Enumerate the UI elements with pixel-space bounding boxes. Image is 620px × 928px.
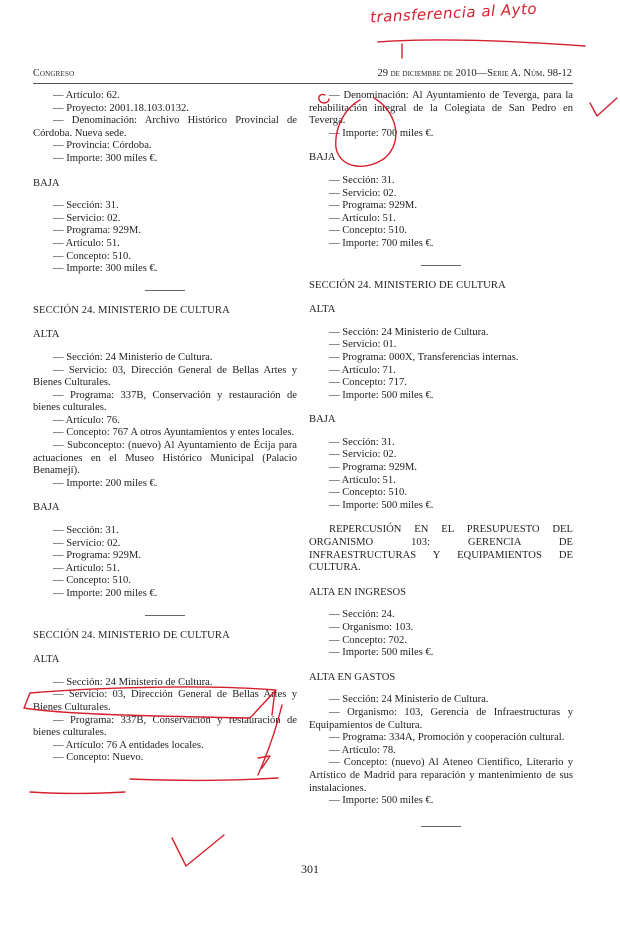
underline-direccion bbox=[130, 778, 278, 780]
list-item: — Sección: 24 Ministerio de Cultura. bbox=[309, 694, 573, 707]
list-item: — Concepto: (nuevo) Al Ateneo Científico… bbox=[309, 757, 573, 795]
list-item: — Servicio: 03, Dirección General de Bel… bbox=[33, 365, 297, 390]
left-intro-list: — Artículo: 62.— Proyecto: 2001.18.103.0… bbox=[33, 90, 297, 166]
list-item: — Importe: 200 miles €. bbox=[33, 588, 297, 601]
left-baja1-list: — Sección: 31.— Servicio: 02.— Programa:… bbox=[33, 200, 297, 276]
list-item: — Importe: 700 miles €. bbox=[309, 128, 573, 141]
list-item: — Sección: 24 Ministerio de Cultura. bbox=[33, 677, 297, 690]
separator bbox=[421, 265, 461, 266]
list-item: — Artículo: 62. bbox=[33, 90, 297, 103]
list-item: — Sección: 31. bbox=[33, 525, 297, 538]
list-item: — Programa: 000X, Transferencias interna… bbox=[309, 352, 573, 365]
list-item: — Artículo: 51. bbox=[309, 213, 573, 226]
list-item: — Importe: 500 miles €. bbox=[309, 500, 573, 513]
list-item: — Artículo: 51. bbox=[33, 563, 297, 576]
right-gastos-heading: ALTA EN GASTOS bbox=[309, 672, 573, 685]
list-item: — Concepto: 717. bbox=[309, 377, 573, 390]
left-section3-title: SECCIÓN 24. MINISTERIO DE CULTURA bbox=[33, 630, 297, 643]
left-alta3-heading: ALTA bbox=[33, 654, 297, 667]
left-alta3-list: — Sección: 24 Ministerio de Cultura.— Se… bbox=[33, 677, 297, 765]
list-item: — Sección: 24 Ministerio de Cultura. bbox=[33, 352, 297, 365]
list-item: — Importe: 300 miles €. bbox=[33, 153, 297, 166]
list-item: — Proyecto: 2001.18.103.0132. bbox=[33, 103, 297, 116]
header-series: —Serie A. Núm. 98-12 bbox=[477, 68, 572, 79]
list-item: — Importe: 500 miles €. bbox=[309, 795, 573, 808]
document-page: transferencia al Ayto Congreso 29 de dic… bbox=[0, 0, 620, 928]
separator bbox=[421, 826, 461, 827]
list-item: — Concepto: 767 A otros Ayuntamientos y … bbox=[33, 427, 297, 440]
list-item: — Concepto: 510. bbox=[309, 487, 573, 500]
checkmark-icon bbox=[590, 98, 617, 116]
list-item: — Concepto: 510. bbox=[33, 575, 297, 588]
list-item: — Servicio: 02. bbox=[309, 188, 573, 201]
list-item: — Organismo: 103, Gerencia de Infraestru… bbox=[309, 707, 573, 732]
list-item: — Sección: 24. bbox=[309, 609, 573, 622]
header-publication: Congreso bbox=[33, 68, 74, 79]
list-item: — Artículo: 51. bbox=[33, 238, 297, 251]
right-baja1-heading: BAJA bbox=[309, 152, 573, 165]
list-item: — Importe: 500 miles €. bbox=[309, 390, 573, 403]
list-item: — Importe: 300 miles €. bbox=[33, 263, 297, 276]
list-item: — Sección: 31. bbox=[309, 437, 573, 450]
left-alta2-heading: ALTA bbox=[33, 329, 297, 342]
list-item: — Importe: 200 miles €. bbox=[33, 478, 297, 491]
right-baja2-list: — Sección: 31.— Servicio: 02.— Programa:… bbox=[309, 437, 573, 513]
right-ingresos-list: — Sección: 24.— Organismo: 103.— Concept… bbox=[309, 609, 573, 659]
page-number: 301 bbox=[0, 862, 620, 877]
list-item: — Programa: 337B, Conservación y restaur… bbox=[33, 390, 297, 415]
list-item: — Subconcepto: (nuevo) Al Ayuntamiento d… bbox=[33, 440, 297, 478]
list-item: — Artículo: 76. bbox=[33, 415, 297, 428]
list-item: — Servicio: 02. bbox=[309, 449, 573, 462]
left-baja1-heading: BAJA bbox=[33, 178, 297, 191]
list-item: — Sección: 31. bbox=[33, 200, 297, 213]
list-item: — Artículo: 78. bbox=[309, 745, 573, 758]
header-issue: 29 de diciembre de 2010—Serie A. Núm. 98… bbox=[377, 68, 572, 79]
list-item: — Concepto: 510. bbox=[309, 225, 573, 238]
right-repercusion-title: REPERCUSIÓN EN EL PRESUPUESTO DEL ORGANI… bbox=[309, 524, 573, 574]
right-gastos-list: — Sección: 24 Ministerio de Cultura.— Or… bbox=[309, 694, 573, 807]
right-alta2-list: — Sección: 24 Ministerio de Cultura.— Se… bbox=[309, 327, 573, 403]
list-item: — Organismo: 103. bbox=[309, 622, 573, 635]
list-item: — Artículo: 71. bbox=[309, 365, 573, 378]
list-item: — Servicio: 03, Dirección General de Bel… bbox=[33, 689, 297, 714]
right-ingresos-heading: ALTA EN INGRESOS bbox=[309, 587, 573, 600]
right-baja1-list: — Sección: 31.— Servicio: 02.— Programa:… bbox=[309, 175, 573, 251]
list-item: — Programa: 929M. bbox=[33, 550, 297, 563]
list-item: — Concepto: Nuevo. bbox=[33, 752, 297, 765]
left-baja2-list: — Sección: 31.— Servicio: 02.— Programa:… bbox=[33, 525, 297, 601]
list-item: — Sección: 31. bbox=[309, 175, 573, 188]
left-column: — Artículo: 62.— Proyecto: 2001.18.103.0… bbox=[33, 90, 297, 765]
list-item: — Programa: 334A, Promoción y cooperació… bbox=[309, 732, 573, 745]
list-item: — Artículo: 51. bbox=[309, 475, 573, 488]
underline-bienes bbox=[30, 792, 125, 794]
left-baja2-heading: BAJA bbox=[33, 502, 297, 515]
list-item: — Programa: 929M. bbox=[309, 462, 573, 475]
list-item: — Provincia: Córdoba. bbox=[33, 140, 297, 153]
handwritten-note: transferencia al Ayto bbox=[370, 0, 538, 26]
left-alta2-list: — Sección: 24 Ministerio de Cultura.— Se… bbox=[33, 352, 297, 491]
right-section2-title: SECCIÓN 24. MINISTERIO DE CULTURA bbox=[309, 280, 573, 293]
right-alta2-heading: ALTA bbox=[309, 304, 573, 317]
list-item: — Concepto: 702. bbox=[309, 635, 573, 648]
list-item: — Servicio: 02. bbox=[33, 538, 297, 551]
list-item: — Denominación: Al Ayuntamiento de Tever… bbox=[309, 90, 573, 128]
list-item: — Artículo: 76 A entidades locales. bbox=[33, 740, 297, 753]
list-item: — Programa: 929M. bbox=[33, 225, 297, 238]
right-intro-list: — Denominación: Al Ayuntamiento de Tever… bbox=[309, 90, 573, 140]
right-baja2-heading: BAJA bbox=[309, 414, 573, 427]
header-date: 29 de diciembre de 2010 bbox=[377, 68, 476, 79]
list-item: — Denominación: Archivo Histórico Provin… bbox=[33, 115, 297, 140]
list-item: — Programa: 929M. bbox=[309, 200, 573, 213]
right-column: — Denominación: Al Ayuntamiento de Tever… bbox=[309, 90, 573, 841]
separator bbox=[145, 615, 185, 616]
list-item: — Servicio: 01. bbox=[309, 339, 573, 352]
list-item: — Concepto: 510. bbox=[33, 251, 297, 264]
note-underline bbox=[378, 40, 585, 46]
list-item: — Importe: 500 miles €. bbox=[309, 647, 573, 660]
header-rule bbox=[33, 83, 573, 84]
list-item: — Servicio: 02. bbox=[33, 213, 297, 226]
list-item: — Importe: 700 miles €. bbox=[309, 238, 573, 251]
list-item: — Programa: 337B, Conservación y restaur… bbox=[33, 715, 297, 740]
left-section2-title: SECCIÓN 24. MINISTERIO DE CULTURA bbox=[33, 305, 297, 318]
list-item: — Sección: 24 Ministerio de Cultura. bbox=[309, 327, 573, 340]
separator bbox=[145, 290, 185, 291]
